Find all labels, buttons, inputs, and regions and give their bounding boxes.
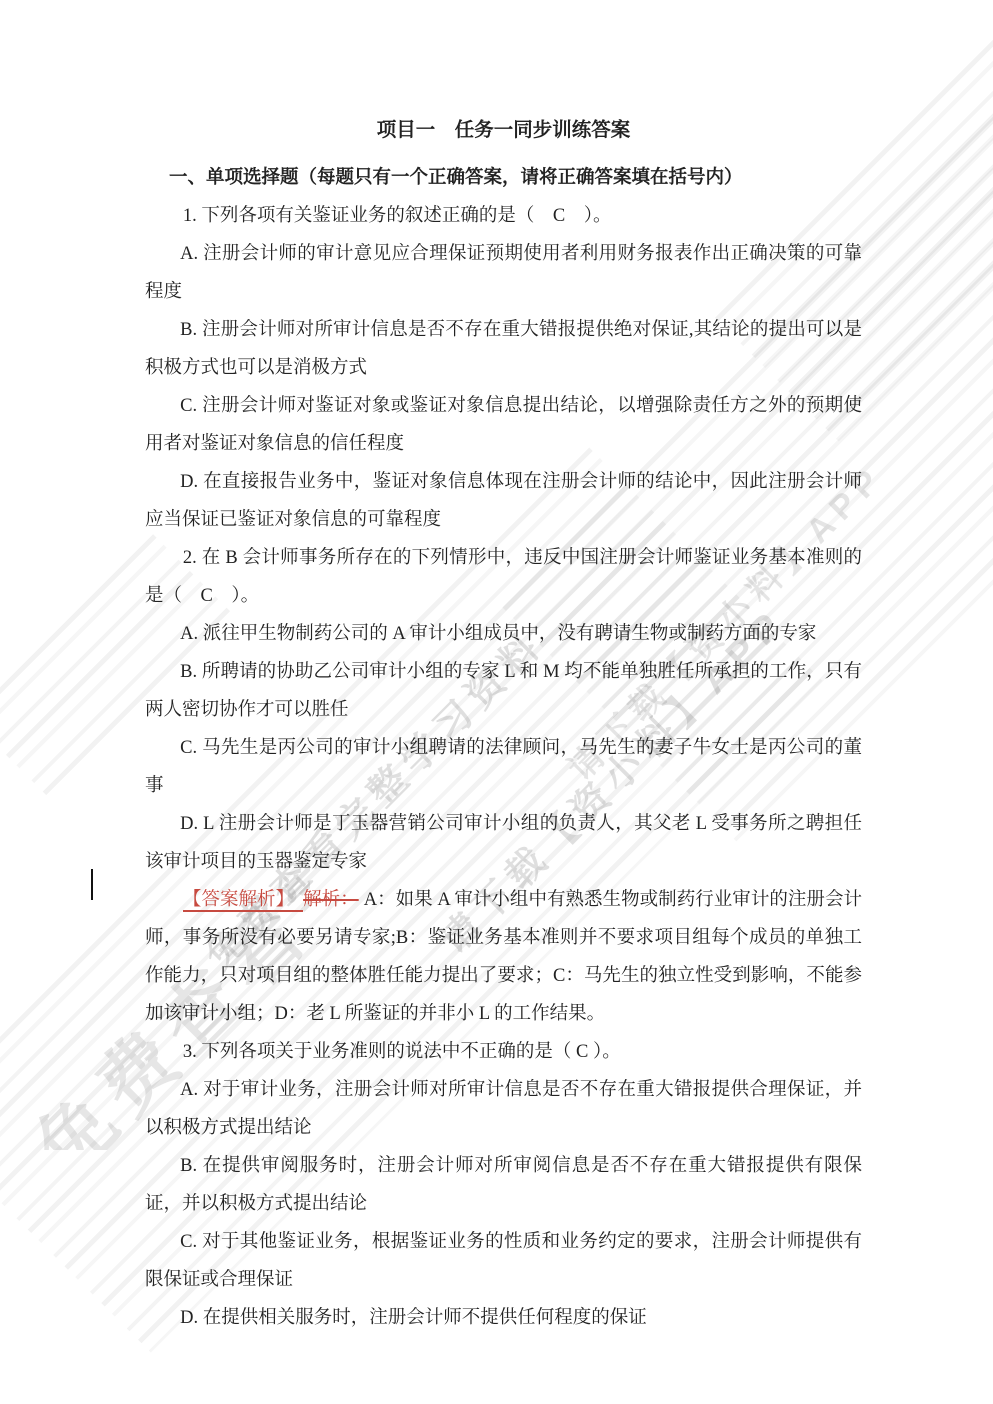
question-2-stem: 2. 在 B 会计师事务所存在的下列情形中，违反中国注册会计师鉴证业务基本准则的… <box>145 539 862 615</box>
answer-analysis: 【答案解析】解析：A：如果 A 审计小组中有熟悉生物或制药行业审计的注册会计师，… <box>145 881 862 1033</box>
question-3-option-b: B. 在提供审阅服务时，注册会计师对所审阅信息是否不存在重大错报提供有限保证，并… <box>145 1147 862 1223</box>
question-1-stem: 1. 下列各项有关鉴证业务的叙述正确的是（ C ）。 <box>145 197 862 235</box>
question-3-stem: 3. 下列各项关于业务准则的说法中不正确的是（ C ）。 <box>145 1033 862 1071</box>
analysis-label-inserted: 【答案解析】 <box>183 890 303 912</box>
question-2-option-b: B. 所聘请的协助乙公司审计小组的专家 L 和 M 均不能单独胜任所承担的工作，… <box>145 653 862 729</box>
document-content: 项目一 任务一同步训练答案 一、单项选择题（每题只有一个正确答案，请将正确答案填… <box>0 0 993 1337</box>
section-heading: 一、单项选择题（每题只有一个正确答案，请将正确答案填在括号内） <box>145 159 862 197</box>
question-1-option-a: A. 注册会计师的审计意见应合理保证预期使用者利用财务报表作出正确决策的可靠程度 <box>145 235 862 311</box>
analysis-label-deleted: 解析： <box>303 890 359 910</box>
question-3-option-d: D. 在提供相关服务时，注册会计师不提供任何程度的保证 <box>145 1299 862 1337</box>
question-1-option-d: D. 在直接报告业务中，鉴证对象信息体现在注册会计师的结论中，因此注册会计师应当… <box>145 463 862 539</box>
question-3-option-a: A. 对于审计业务，注册会计师对所审计信息是否不存在重大错报提供合理保证，并以积… <box>145 1071 862 1147</box>
question-2-option-c: C. 马先生是丙公司的审计小组聘请的法律顾问，马先生的妻子牛女士是丙公司的董事 <box>145 729 862 805</box>
question-3-option-c: C. 对于其他鉴证业务，根据鉴证业务的性质和业务约定的要求，注册会计师提供有限保… <box>145 1223 862 1299</box>
question-1-option-b: B. 注册会计师对所审计信息是否不存在重大错报提供绝对保证,其结论的提出可以是积… <box>145 311 862 387</box>
page-title: 项目一 任务一同步训练答案 <box>145 112 862 150</box>
question-2-option-d: D. L 注册会计师是丁玉器营销公司审计小组的负责人，其父老 L 受事务所之聘担… <box>145 805 862 881</box>
question-2-option-a: A. 派往甲生物制药公司的 A 审计小组成员中，没有聘请生物或制药方面的专家 <box>145 615 862 653</box>
document-page: 免费查看完整学习资料 请下载【资小料】APP 请下载【资小料】APP 免费查看完… <box>0 0 993 1404</box>
question-1-option-c: C. 注册会计师对鉴证对象或鉴证对象信息提出结论，以增强除责任方之外的预期使用者… <box>145 387 862 463</box>
